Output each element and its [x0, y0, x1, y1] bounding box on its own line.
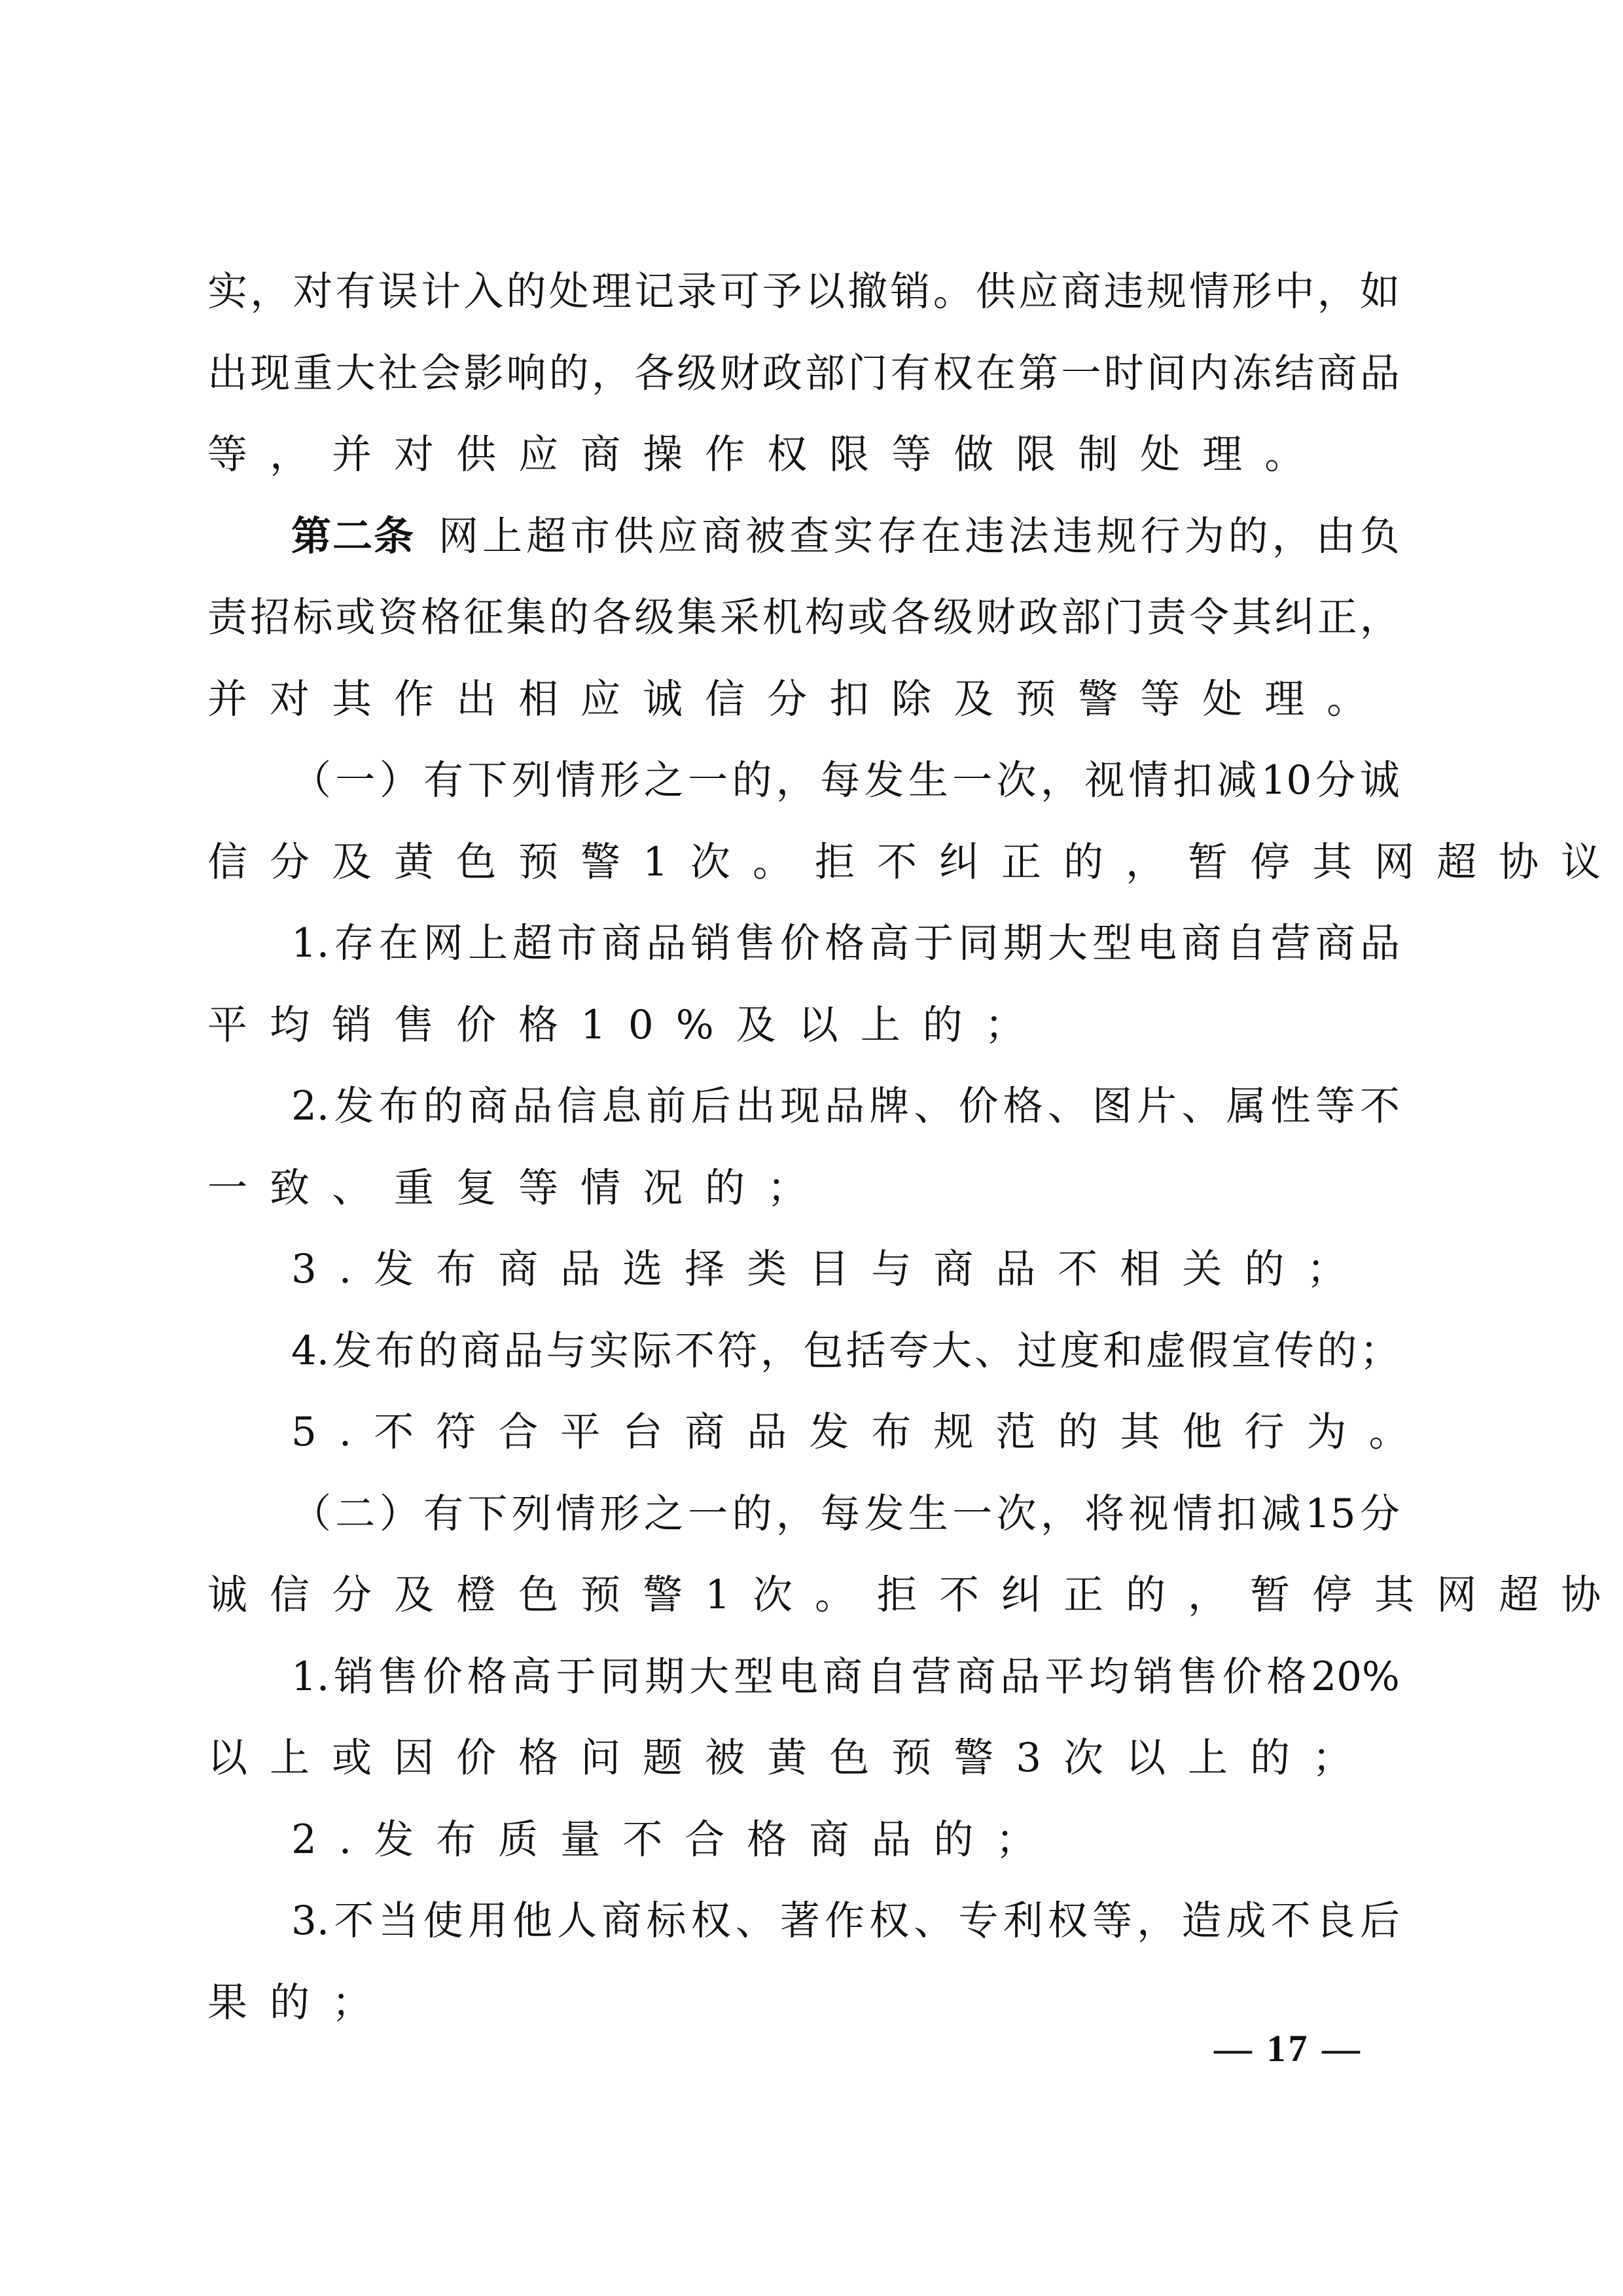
text-line: 2.发布质量不合格商品的； — [207, 1799, 1400, 1881]
paragraph: 3.发布商品选择类目与商品不相关的； — [207, 1229, 1400, 1311]
paragraph: 2.发布质量不合格商品的； — [207, 1799, 1400, 1881]
text-line: 1.存在网上超市商品销售价格高于同期大型电商自营商品 — [207, 903, 1400, 985]
document-page: 实，对有误计入的处理记录可予以撤销。供应商违规情形中，如出现重大社会影响的，各级… — [0, 0, 1623, 2296]
text-line: （二）有下列情形之一的，每发生一次，将视情扣减15分 — [207, 1474, 1400, 1555]
text-line: 等，并对供应商操作权限等做限制处理。 — [207, 414, 1400, 496]
text-line: 责招标或资格征集的各级集采机构或各级财政部门责令其纠正， — [207, 577, 1400, 659]
text-line: 平均销售价格10%及以上的； — [207, 985, 1400, 1067]
body-text: 实，对有误计入的处理记录可予以撤销。供应商违规情形中，如出现重大社会影响的，各级… — [207, 251, 1400, 2043]
text-line: 实，对有误计入的处理记录可予以撤销。供应商违规情形中，如 — [207, 251, 1400, 333]
paragraph: 1.销售价格高于同期大型电商自营商品平均销售价格20%以上或因价格问题被黄色预警… — [207, 1636, 1400, 1799]
text-line: 3.发布商品选择类目与商品不相关的； — [207, 1229, 1400, 1311]
text-line: 2.发布的商品信息前后出现品牌、价格、图片、属性等不 — [207, 1066, 1400, 1148]
text-line: 第二条网上超市供应商被查实存在违法违规行为的，由负 — [207, 496, 1400, 578]
paragraph: 5.不符合平台商品发布规范的其他行为。 — [207, 1392, 1400, 1474]
text-line: 1.销售价格高于同期大型电商自营商品平均销售价格20% — [207, 1636, 1400, 1718]
text-line: 信分及黄色预警1次。拒不纠正的，暂停其网超协议1个月： — [207, 822, 1400, 904]
text-line: 4.发布的商品与实际不符，包括夸大、过度和虚假宣传的； — [207, 1311, 1400, 1392]
paragraph: （二）有下列情形之一的，每发生一次，将视情扣减15分诚信分及橙色预警1次。拒不纠… — [207, 1474, 1400, 1636]
text-line: 并对其作出相应诚信分扣除及预警等处理。 — [207, 659, 1400, 741]
text-line: 以上或因价格问题被黄色预警3次以上的； — [207, 1718, 1400, 1799]
paragraph: 1.存在网上超市商品销售价格高于同期大型电商自营商品平均销售价格10%及以上的； — [207, 903, 1400, 1066]
paragraph: 4.发布的商品与实际不符，包括夸大、过度和虚假宣传的； — [207, 1311, 1400, 1392]
paragraph: 实，对有误计入的处理记录可予以撤销。供应商违规情形中，如出现重大社会影响的，各级… — [207, 251, 1400, 496]
paragraph: 3.不当使用他人商标权、著作权、专利权等，造成不良后果的； — [207, 1881, 1400, 2043]
paragraph: （一）有下列情形之一的，每发生一次，视情扣减10分诚信分及黄色预警1次。拒不纠正… — [207, 740, 1400, 903]
text-line: 出现重大社会影响的，各级财政部门有权在第一时间内冻结商品 — [207, 333, 1400, 415]
page-number: — 17 — — [1214, 2026, 1363, 2070]
text-line: （一）有下列情形之一的，每发生一次，视情扣减10分诚 — [207, 740, 1400, 822]
paragraph: 2.发布的商品信息前后出现品牌、价格、图片、属性等不一致、重复等情况的； — [207, 1066, 1400, 1229]
text-line: 3.不当使用他人商标权、著作权、专利权等，造成不良后 — [207, 1881, 1400, 1962]
article-heading: 第二条 — [291, 496, 415, 578]
text-line: 5.不符合平台商品发布规范的其他行为。 — [207, 1392, 1400, 1474]
text-line: 诚信分及橙色预警1次。拒不纠正的，暂停其网超协议2个月： — [207, 1555, 1400, 1636]
text-line: 一致、重复等情况的； — [207, 1148, 1400, 1229]
paragraph: 第二条网上超市供应商被查实存在违法违规行为的，由负责招标或资格征集的各级集采机构… — [207, 496, 1400, 741]
